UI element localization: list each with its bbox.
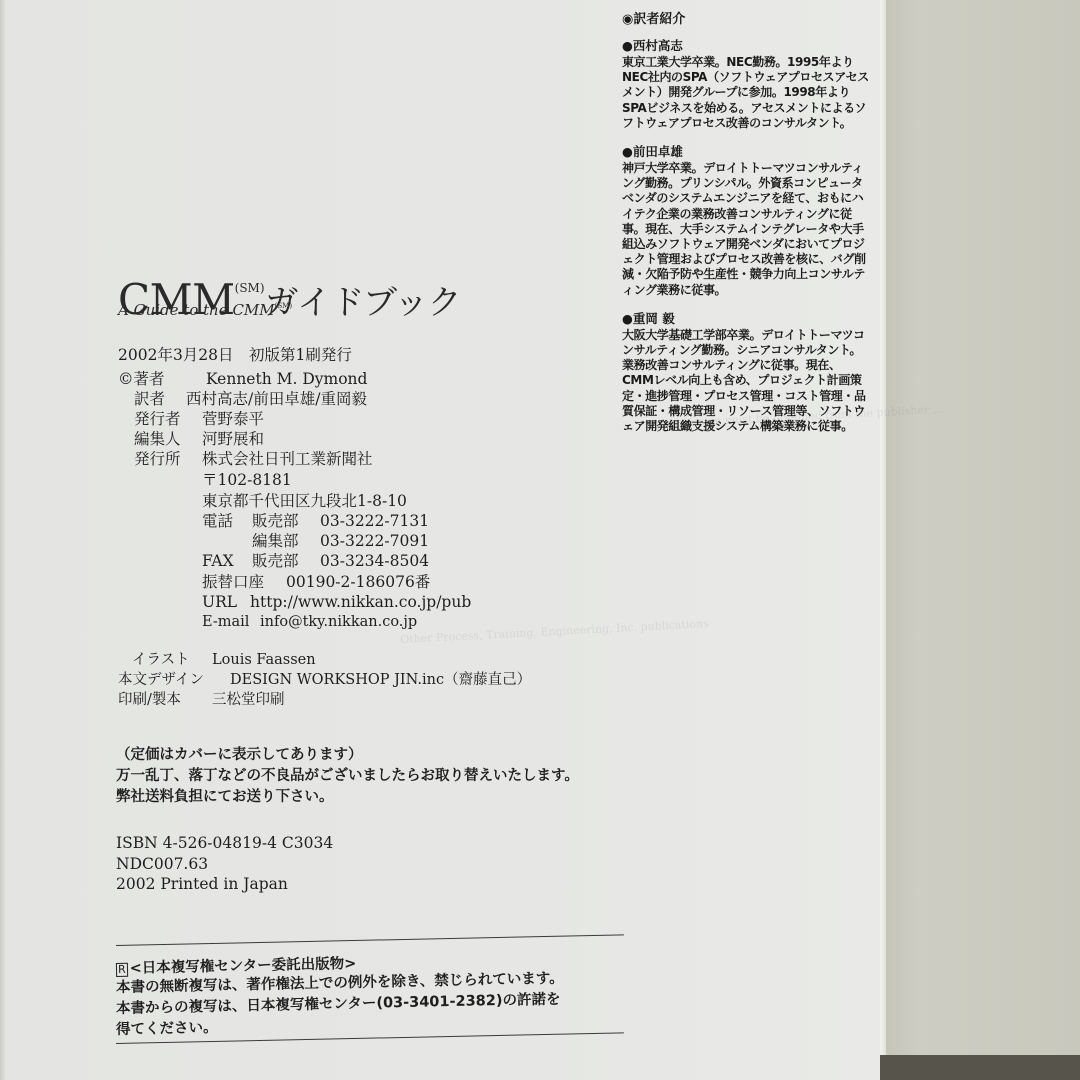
translator-row: 訳者西村高志/前田卓雄/重岡毅 (134, 389, 367, 409)
phone-dept: 販売部 (252, 511, 320, 531)
copyright-line: 得てください。 (116, 1018, 218, 1040)
publisher-value: 株式会社日刊工業新聞社 (202, 450, 373, 468)
translator-bio: 大阪大学基礎工学部卒業。デロイトトーマツコンサルティング勤務。シニアコンサルタン… (622, 328, 872, 434)
credit-design: 本文デザインDESIGN WORKSHOP JIN.inc（齋藤直己） (118, 670, 531, 690)
translator-bio: 神戸大学卒業。デロイトトーマツコンサルティング勤務。プリンシパル。外資系コンピュ… (622, 161, 872, 298)
transfer-value: 00190-2-186076番 (286, 573, 430, 591)
transfer-row: 振替口座00190-2-186076番 (202, 572, 430, 592)
editor-label: 編集人 (134, 429, 202, 449)
facing-page (886, 0, 1080, 1080)
publisher-person-label: 発行者 (134, 409, 202, 429)
credit-value: 三松堂印刷 (212, 692, 285, 708)
notice-line: 弊社送料負担にてお送り下さい。 (116, 787, 334, 807)
author-value: Kenneth M. Dymond (206, 370, 367, 388)
translator-label: 訳者 (134, 389, 186, 409)
phone-label: 電話 (202, 511, 252, 531)
translator-name: ●西村高志 (622, 37, 872, 55)
address: 東京都千代田区九段北1-8-10 (202, 491, 407, 511)
author-label: ©著者 (118, 369, 206, 389)
email-row: E-mailinfo@tky.nikkan.co.jp (202, 612, 417, 632)
translator-name: ●前田卓雄 (622, 143, 872, 161)
publisher-person-row: 発行者菅野泰平 (134, 409, 264, 429)
publisher-label: 発行所 (134, 449, 202, 469)
url-value[interactable]: http://www.nikkan.co.jp/pub (250, 593, 471, 611)
editor-row: 編集人河野展和 (134, 429, 264, 449)
email-value[interactable]: info@tky.nikkan.co.jp (260, 614, 417, 630)
translators-section: ◉訳者紹介 ●西村高志 東京工業大学卒業。NEC勤務。1995年よりNEC社内の… (622, 8, 872, 434)
fax-dept: 販売部 (252, 551, 320, 571)
isbn: ISBN 4-526-04819-4 C3034 (116, 833, 333, 853)
translator-value: 西村高志/前田卓雄/重岡毅 (186, 390, 367, 408)
fax-row: FAX販売部03-3234-8504 (202, 551, 429, 571)
printed-in: 2002 Printed in Japan (116, 874, 288, 894)
book-subtitle: A Guide to the CMM(SM) (118, 301, 292, 319)
subtitle-text: A Guide to the CMM (118, 301, 275, 319)
translator-name: ●重岡 毅 (622, 310, 872, 328)
credit-value: DESIGN WORKSHOP JIN.inc（齋藤直己） (230, 672, 531, 688)
r-mark-icon: R (116, 963, 128, 977)
email-label: E-mail (202, 612, 260, 632)
subtitle-sup: (SM) (275, 302, 292, 310)
credit-illustration: イラストLouis Faassen (132, 650, 316, 670)
publish-date: 2002年3月28日 初版第1刷発行 (118, 345, 352, 365)
title-sup: (SM) (235, 281, 265, 295)
phone-row-sales: 電話販売部03-3222-7131 (202, 511, 429, 531)
credit-label: 本文デザイン (118, 670, 230, 690)
background-shadow (880, 1055, 1080, 1080)
section-title: ◉訳者紹介 (622, 8, 872, 27)
fax-label: FAX (202, 551, 252, 571)
phone-number: 03-3222-7131 (320, 512, 429, 530)
notice-line: 万一乱丁、落丁などの不良品がございましたらお取り替えいたします。 (116, 766, 579, 786)
phone-number: 03-3222-7091 (320, 532, 429, 550)
url-label: URL (202, 592, 250, 612)
credit-printing: 印刷/製本三松堂印刷 (118, 690, 285, 710)
publisher-person-value: 菅野泰平 (202, 410, 264, 428)
credit-label: イラスト (132, 650, 212, 670)
phone-dept: 編集部 (252, 531, 320, 551)
translator-bio: 東京工業大学卒業。NEC勤務。1995年よりNEC社内のSPA（ソフトウェアプロ… (622, 55, 872, 131)
author-row: ©著者Kenneth M. Dymond (118, 369, 367, 389)
url-row: URLhttp://www.nikkan.co.jp/pub (202, 592, 471, 612)
ndc-code: NDC007.63 (116, 854, 208, 874)
credit-value: Louis Faassen (212, 652, 316, 668)
publisher-row: 発行所株式会社日刊工業新聞社 (134, 449, 373, 469)
postal-code: 〒102-8181 (202, 470, 292, 490)
fax-number: 03-3234-8504 (320, 552, 429, 570)
credit-label: 印刷/製本 (118, 690, 212, 710)
title-jp: ガイドブック (265, 283, 462, 323)
phone-row-editorial: 編集部03-3222-7091 (202, 531, 429, 551)
editor-value: 河野展和 (202, 430, 264, 448)
transfer-label: 振替口座 (202, 572, 286, 592)
notice-line: （定価はカバーに表示してあります） (116, 745, 363, 765)
